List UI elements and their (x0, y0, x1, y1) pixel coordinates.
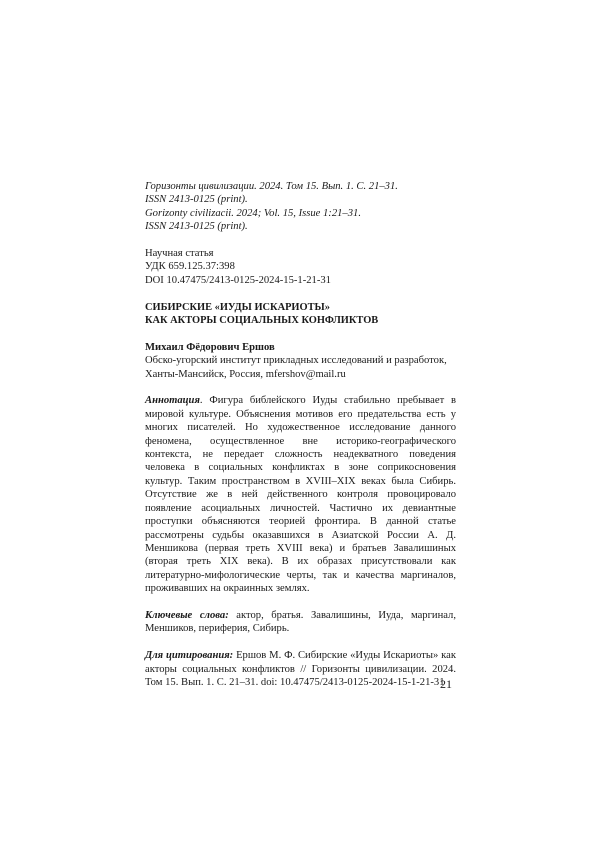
author-affiliation: Обско-угорский институт прикладных иссле… (145, 354, 456, 367)
article-type: Научная статья (145, 247, 456, 260)
journal-info: Горизонты цивилизации. 2024. Том 15. Вып… (145, 180, 456, 234)
abstract-label: Аннотация (145, 395, 200, 406)
abstract-text: . Фигура библейского Иуды стабильно преб… (145, 395, 456, 594)
journal-citation-en: Gorizonty civilizacii. 2024; Vol. 15, Is… (145, 207, 456, 220)
journal-issn-ru: ISSN 2413-0125 (print). (145, 193, 456, 206)
udc-code: УДК 659.125.37:398 (145, 260, 456, 273)
doi: DOI 10.47475/2413-0125-2024-15-1-21-31 (145, 274, 456, 287)
title-line-1: СИБИРСКИЕ «ИУДЫ ИСКАРИОТЫ» (145, 301, 456, 314)
title-line-2: КАК АКТОРЫ СОЦИАЛЬНЫХ КОНФЛИКТОВ (145, 314, 456, 327)
citation: Для цитирования: Ершов М. Ф. Сибирские «… (145, 649, 456, 689)
page-number: 21 (440, 677, 452, 692)
journal-issn-en: ISSN 2413-0125 (print). (145, 220, 456, 233)
article-meta: Научная статья УДК 659.125.37:398 DOI 10… (145, 247, 456, 287)
article-title: СИБИРСКИЕ «ИУДЫ ИСКАРИОТЫ» КАК АКТОРЫ СО… (145, 301, 456, 328)
keywords: Ключевые слова: актор, братья. Завалишин… (145, 609, 456, 636)
author-name: Михаил Фёдорович Ершов (145, 341, 456, 354)
citation-label: Для цитирования: (145, 650, 233, 661)
journal-citation-ru: Горизонты цивилизации. 2024. Том 15. Вып… (145, 180, 456, 193)
author-location-email: Ханты-Мансийск, Россия, mfershov@mail.ru (145, 368, 456, 381)
article-first-page: Горизонты цивилизации. 2024. Том 15. Вып… (145, 180, 456, 689)
abstract: Аннотация. Фигура библейского Иуды стаби… (145, 394, 456, 595)
keywords-label: Ключевые слова: (145, 610, 229, 621)
author-block: Михаил Фёдорович Ершов Обско-угорский ин… (145, 341, 456, 381)
